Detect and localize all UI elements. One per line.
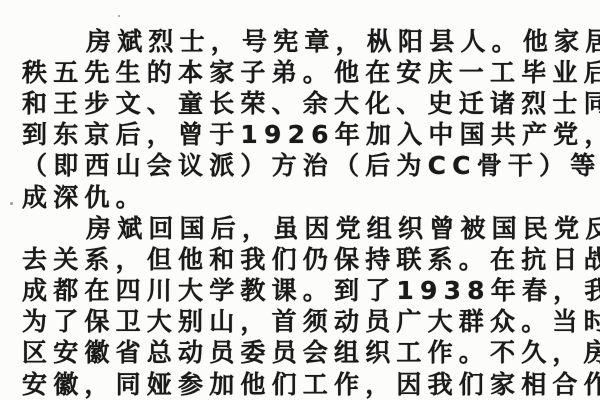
- scan-speck: [118, 15, 120, 17]
- scan-speck: [10, 202, 13, 205]
- paragraph-2-line-4: 为了保卫大别山，首须动员广大群众。当时，我主持第五战: [22, 306, 600, 337]
- paragraph-2-line-6: 安徽，同娅参加他们工作，因我们家相合作，建设国策时: [22, 369, 600, 400]
- paragraph-1-line-3: 和王步文、童长荣、余大化、史迁诸烈士同道赴日本留学。: [22, 88, 600, 119]
- scanned-document-page: 房斌烈士，号宪章，枞阳县人。他家居浮山附近，是房 秩五先生的本家子弟。他在安庆一…: [0, 0, 600, 400]
- paragraph-1-line-5: （即西山会议派）方治（后为CC骨干）等作坚决斗争，结: [22, 150, 600, 181]
- paragraph-2-line-1: 房斌回国后，虽因党组织曾被国民党反动派的破坏而失: [86, 213, 600, 244]
- paragraph-2-line-3: 成都在四川大学教课。到了1938年春，我由武汉回到安徽，: [22, 275, 600, 306]
- paragraph-2-line-5: 区安徽省总动员委员会组织工作。不久，房斌即由成都赶回: [22, 337, 600, 368]
- paragraph-1-line-1: 房斌烈士，号宪章，枞阳县人。他家居浮山附近，是房: [86, 26, 600, 57]
- paragraph-2-line-2: 去关系，但他和我们仍保持联系。在抗日战争前，房斌曾到: [22, 244, 600, 275]
- paragraph-1-line-6: 成深仇。: [22, 182, 600, 213]
- paragraph-1-line-4: 到东京后，曾于1926年加入中国共产党，不断地与西巢鸭派: [22, 119, 600, 150]
- paragraph-1-line-2: 秩五先生的本家子弟。他在安庆一工毕业后，于1925年春，: [22, 57, 600, 88]
